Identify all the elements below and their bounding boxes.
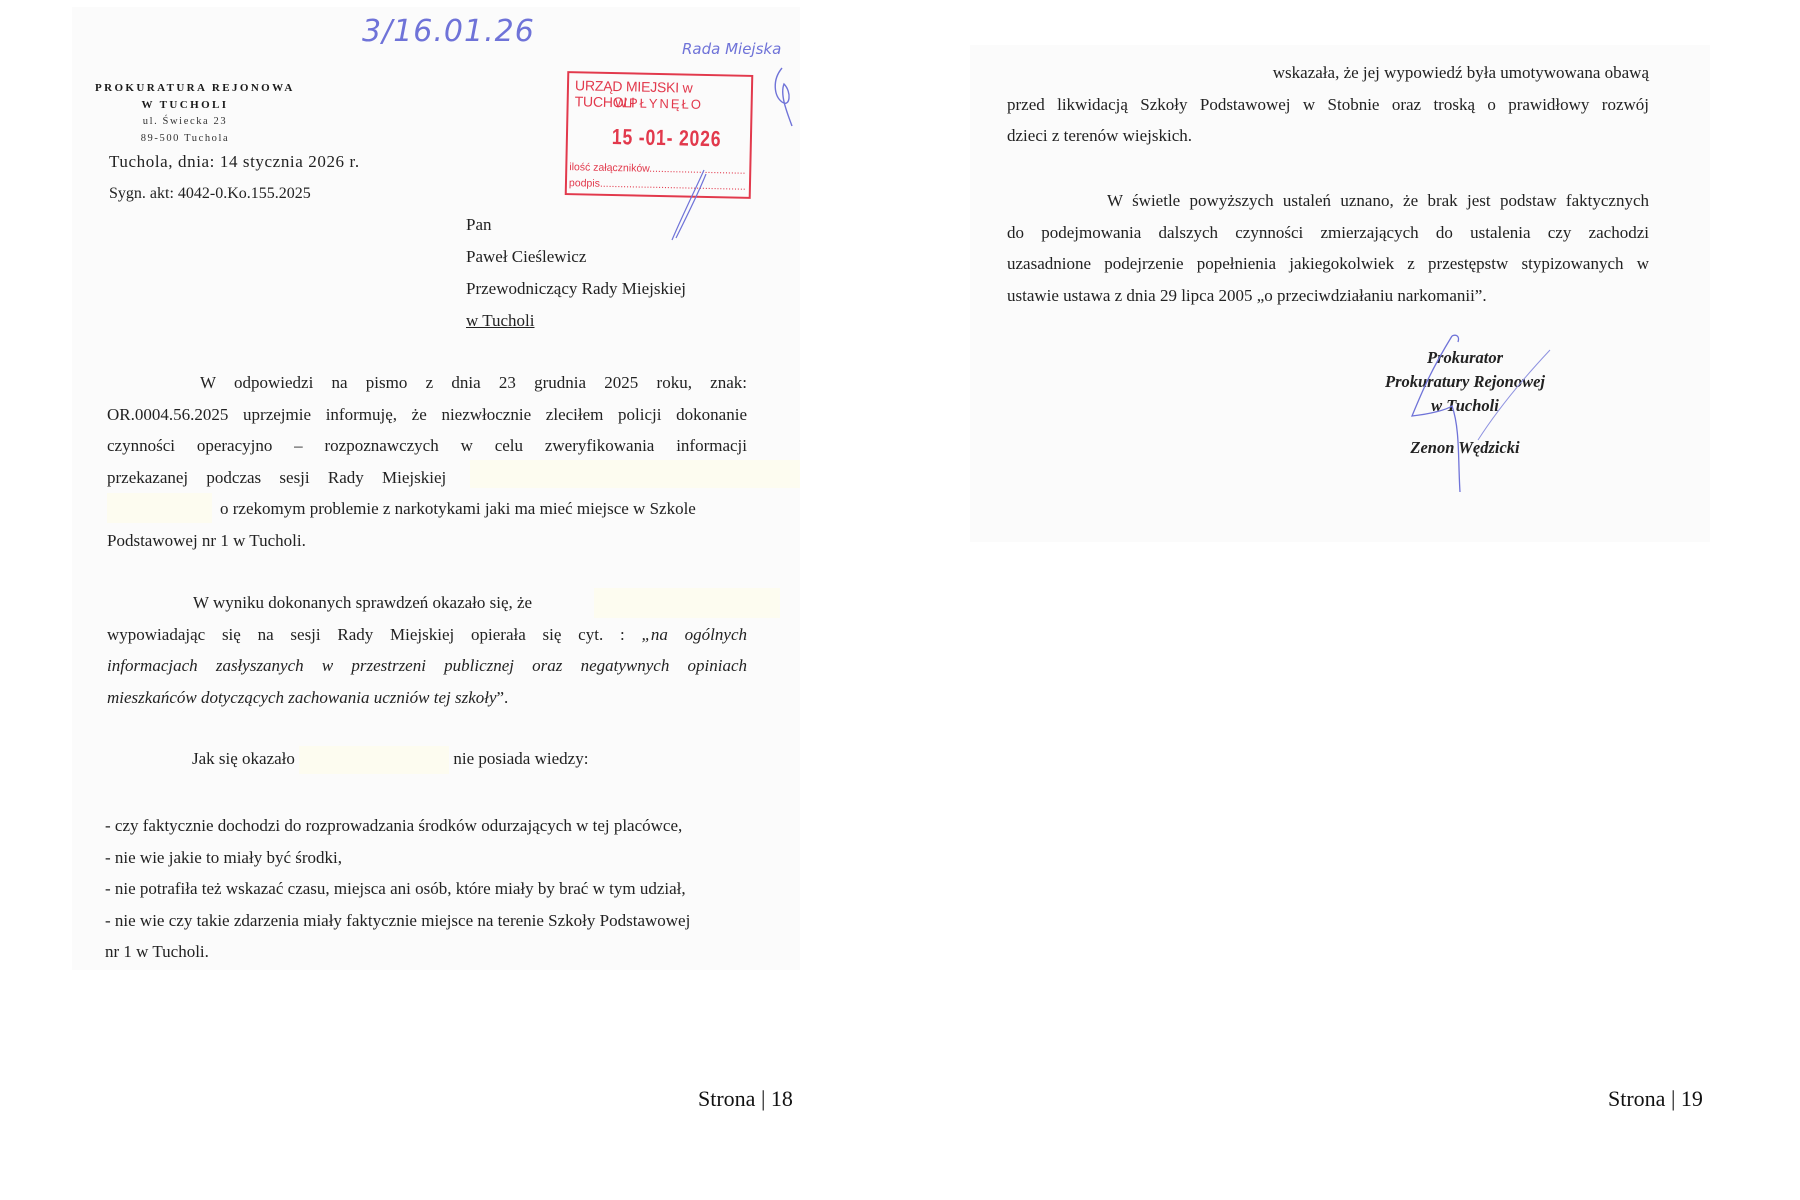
page-number-18: Strona | 18 [698, 1086, 793, 1112]
text-line: przed likwidacją Szkoły Podstawowej w St… [1007, 89, 1649, 121]
recipient-name: Paweł Cieślewicz [466, 247, 586, 267]
paragraph-conclusion: W świetle powyższych ustaleń uznano, że … [1007, 185, 1649, 311]
recipient-title: Przewodniczący Rady Miejskiej [466, 279, 686, 299]
recipient-salutation: Pan [466, 215, 492, 235]
text-line: uzasadnione podejrzenie popełnienia jaki… [1007, 248, 1649, 280]
redaction [470, 460, 800, 488]
handwritten-note: Rada Miejska [682, 40, 781, 58]
text-line: do podejmowania dalszych czynności zmier… [1007, 217, 1649, 249]
redaction [594, 588, 780, 618]
org-name-line1: PROKURATURA REJONOWA [95, 82, 275, 94]
stamp-date: 15 -01- 2026 [612, 124, 722, 152]
org-street: ul. Świecka 23 [95, 116, 275, 127]
handwritten-reference: 3/16.01.26 [362, 14, 535, 49]
list-item: nr 1 w Tucholi. [105, 936, 690, 968]
handwritten-signature-icon [1400, 332, 1560, 497]
quote-text: mieszkańców dotyczących zachowania uczni… [107, 688, 497, 707]
recipient-place: w Tucholi [466, 311, 535, 331]
quote-end: ”. [497, 688, 509, 707]
list-item: - nie potrafiła też wskazać czasu, miejs… [105, 873, 690, 905]
list-item: - czy faktycznie dochodzi do rozprowadza… [105, 810, 690, 842]
text-line: ustawie ustawa z dnia 29 lipca 2005 „o p… [1007, 280, 1649, 312]
list-item: - nie wie czy takie zdarzenia miały fakt… [105, 905, 690, 937]
stamp-signature-line: podpis..................................… [569, 177, 746, 193]
text-line: W świetle powyższych ustaleń uznano, że … [1007, 185, 1649, 217]
stamp-attachments: ilość załączników.......................… [569, 161, 745, 177]
receipt-stamp: URZĄD MIEJSKI w TUCHOLI WPŁYNĘŁO 15 -01-… [565, 71, 754, 199]
case-number: Sygn. akt: 4042-0.Ko.155.2025 [109, 185, 311, 203]
text-line: dzieci z terenów wiejskich. [1007, 120, 1649, 152]
paragraph-knowledge: Jak się okazało nie posiada wiedzy: [192, 746, 588, 774]
redaction [299, 746, 449, 774]
text-line: OR.0004.56.2025 uprzejmie informuję, że … [107, 399, 747, 431]
text-before: Jak się okazało [192, 749, 295, 768]
letter-date: Tuchola, dnia: 14 stycznia 2026 r. [109, 152, 360, 172]
handwritten-paraph-icon [770, 66, 800, 128]
quote-text: „na ogólnych [641, 625, 747, 644]
quote-text: informacjach zasłyszanych w przestrzeni … [107, 650, 747, 682]
text-line: czynności operacyjno – rozpoznawczych w … [107, 430, 747, 462]
paragraph-motivation: wskazała, że jej wypowiedź była umotywow… [1007, 57, 1649, 152]
text-after: nie posiada wiedzy: [453, 749, 588, 768]
text-line: wskazała, że jej wypowiedź była umotywow… [1007, 57, 1649, 89]
text-line: wypowiadając się na sesji Rady Miejskiej… [107, 619, 747, 651]
text-line: mieszkańców dotyczących zachowania uczni… [107, 682, 747, 714]
text-line: W odpowiedzi na pismo z dnia 23 grudnia … [107, 367, 747, 399]
list-item: - nie wie jakie to miały być środki, [105, 842, 690, 874]
handwritten-initial-stroke-icon [668, 168, 708, 242]
text-plain: wypowiadając się na sesji Rady Miejskiej… [107, 625, 641, 644]
page-number-19: Strona | 19 [1608, 1086, 1703, 1112]
findings-list: - czy faktycznie dochodzi do rozprowadza… [105, 810, 690, 968]
redaction [107, 493, 212, 523]
text-line: Podstawowej nr 1 w Tucholi. [107, 525, 747, 557]
org-name-line2: W TUCHOLI [95, 99, 275, 111]
stamp-received: WPŁYNĘŁO [615, 95, 704, 112]
org-postal: 89-500 Tuchola [95, 133, 275, 144]
